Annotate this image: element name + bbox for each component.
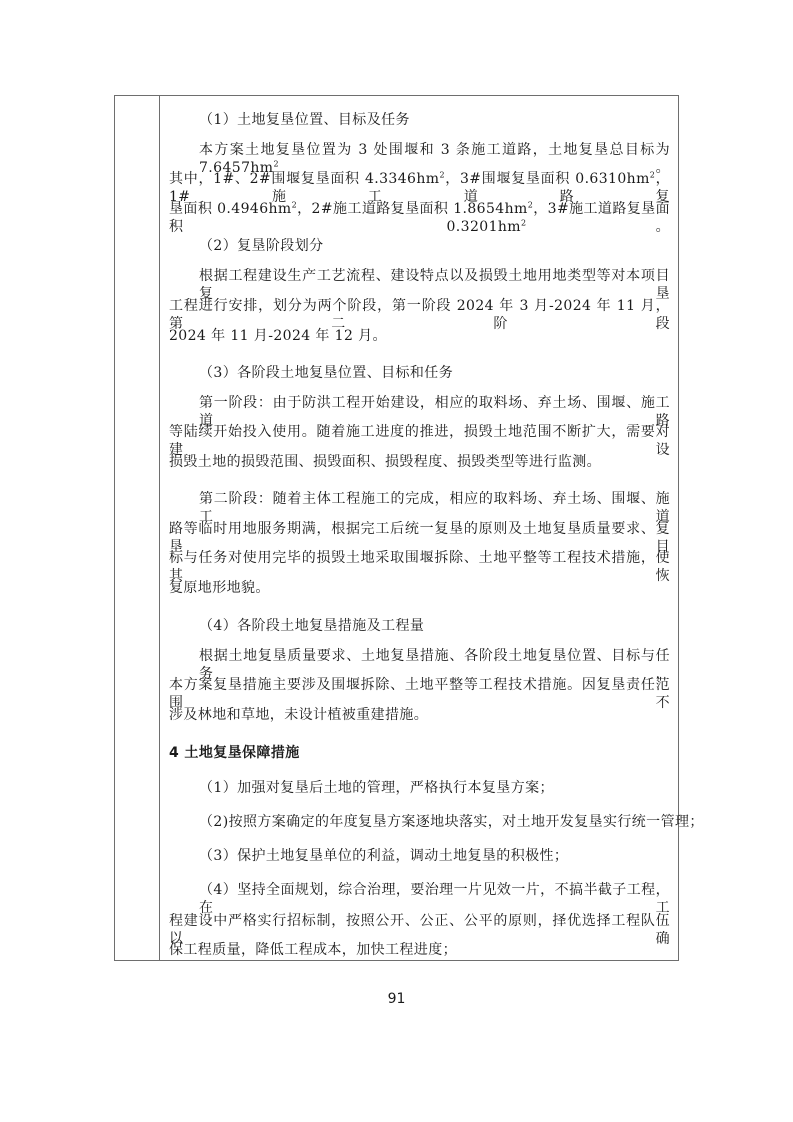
section-heading-2: （2）复垦阶段划分 — [169, 237, 670, 255]
paragraph-line: 垦面积 0.4946hm2，2#施工道路复垦面积 1.8654hm2，3#施工道… — [169, 200, 670, 236]
document-table: （1）土地复垦位置、目标及任务 本方案土地复垦位置为 3 处围堰和 3 条施工道… — [114, 95, 679, 961]
paragraph-line: 损毁土地的损毁范围、损毁面积、损毁程度、损毁类型等进行监测。 — [169, 453, 670, 471]
text-span: ，2#施工道路复垦面积 1.8654hm — [297, 201, 528, 217]
guarantee-item-2: （2)按照方案确定的年度复垦方案逐地块落实，对土地开发复垦实行统一管理； — [169, 813, 670, 831]
paragraph-line: 涉及林地和草地，未设计植被重建措施。 — [169, 706, 670, 724]
paragraph-line: 保工程质量，降低工程成本，加快工程进度； — [169, 941, 670, 959]
guarantee-item-1: （1）加强对复垦后土地的管理，严格执行本复垦方案； — [169, 779, 670, 797]
text-span: 垦面积 0.4946hm — [169, 201, 292, 217]
content-cell: （1）土地复垦位置、目标及任务 本方案土地复垦位置为 3 处围堰和 3 条施工道… — [161, 96, 678, 960]
section-heading-3: （3）各阶段土地复垦位置、目标和任务 — [169, 364, 670, 382]
paragraph-line: 复原地形地貌。 — [169, 579, 670, 597]
text-span: 其中，1#、2#围堰复垦面积 4.3346hm — [169, 171, 439, 187]
guarantee-item-3: （3）保护土地复垦单位的利益，调动土地复垦的积极性； — [169, 847, 670, 865]
section-heading-1: （1）土地复垦位置、目标及任务 — [169, 111, 670, 129]
text-span: ，3#围堰复垦面积 0.6310hm — [445, 171, 650, 187]
section-heading-4: （4）各阶段土地复垦措施及工程量 — [169, 617, 670, 635]
column-divider — [159, 96, 160, 960]
paragraph-line: 2024 年 11 月-2024 年 12 月。 — [169, 327, 670, 345]
text-span: 。 — [526, 219, 670, 235]
guarantee-heading: 4 土地复垦保障措施 — [169, 744, 670, 762]
page-number: 91 — [0, 991, 793, 1007]
